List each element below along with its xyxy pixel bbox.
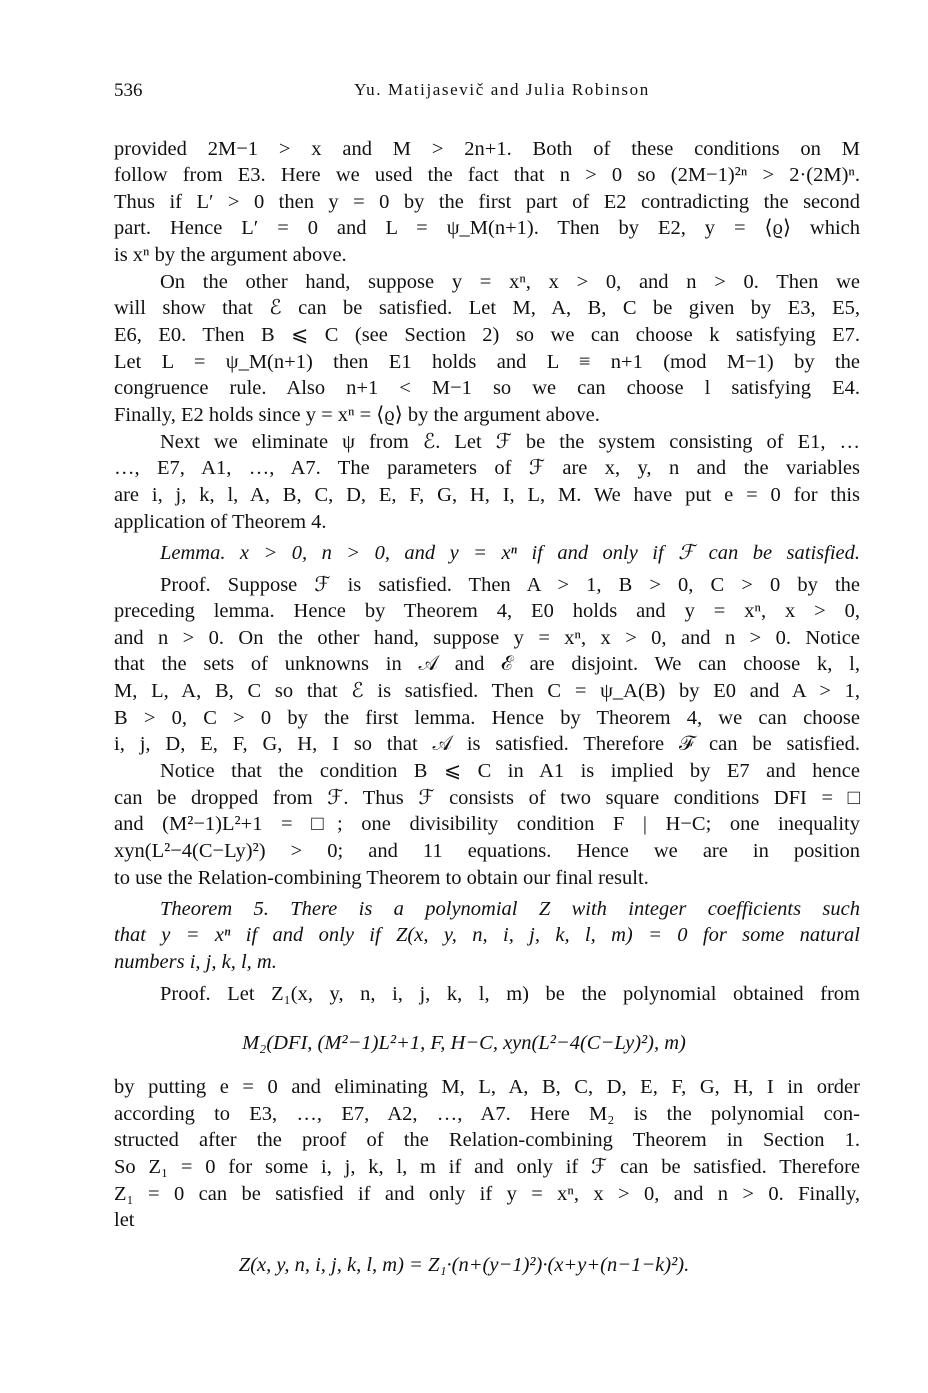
running-header: 536 Yu. Matijasevič and Julia Robinson xyxy=(114,80,860,106)
text-line: Proof. Let Z₁(x, y, n, i, j, k, l, m) be… xyxy=(160,981,860,1007)
text-line: by putting e = 0 and eliminating M, L, A… xyxy=(114,1074,860,1100)
text-line: part. Hence L′ = 0 and L = ψ_M(n+1). The… xyxy=(114,215,860,241)
theorem-statement: numbers i, j, k, l, m. xyxy=(114,949,860,975)
text-line: application of Theorem 4. xyxy=(114,509,860,535)
text-line: So Z₁ = 0 for some i, j, k, l, m if and … xyxy=(114,1154,860,1180)
text-line: Let L = ψ_M(n+1) then E1 holds and L ≡ n… xyxy=(114,349,860,375)
text-line: and n > 0. On the other hand, suppose y … xyxy=(114,625,860,651)
text-line: preceding lemma. Hence by Theorem 4, E0 … xyxy=(114,598,860,624)
text-line: structed after the proof of the Relation… xyxy=(114,1127,860,1153)
lemma-statement: Lemma. x > 0, n > 0, and y = xⁿ if and o… xyxy=(160,540,860,566)
text-line: B > 0, C > 0 by the first lemma. Hence b… xyxy=(114,705,860,731)
running-title: Yu. Matijasevič and Julia Robinson xyxy=(114,80,860,100)
text-line: and (M²−1)L²+1 = □; one divisibility con… xyxy=(114,811,860,837)
text-line: Thus if L′ > 0 then y = 0 by the first p… xyxy=(114,189,860,215)
text-line: congruence rule. Also n+1 < M−1 so we ca… xyxy=(114,375,860,401)
display-formula-z: Z(x, y, n, i, j, k, l, m) = Z₁·(n+(y−1)²… xyxy=(0,1251,928,1279)
text-line: is xⁿ by the argument above. xyxy=(114,242,860,268)
text-line: Z₁ = 0 can be satisfied if and only if y… xyxy=(114,1181,860,1207)
theorem-statement: that y = xⁿ if and only if Z(x, y, n, i,… xyxy=(114,922,860,948)
text-line: follow from E3. Here we used the fact th… xyxy=(114,162,860,188)
text-line: are i, j, k, l, A, B, C, D, E, F, G, H, … xyxy=(114,482,860,508)
text-line: On the other hand, suppose y = xⁿ, x > 0… xyxy=(160,269,860,295)
text-line: will show that ℰ can be satisfied. Let M… xyxy=(114,295,860,321)
text-line: to use the Relation-combining Theorem to… xyxy=(114,865,860,891)
text-line: according to E3, …, E7, A2, …, A7. Here … xyxy=(114,1101,860,1127)
text-line: let xyxy=(114,1207,860,1233)
display-formula-m2: M₂(DFI, (M²−1)L²+1, F, H−C, xyn(L²−4(C−L… xyxy=(0,1029,928,1057)
text-line: xyn(L²−4(C−Ly)²) > 0; and 11 equations. … xyxy=(114,838,860,864)
text-line: M, L, A, B, C so that ℰ is satisfied. Th… xyxy=(114,678,860,704)
text-line: can be dropped from ℱ. Thus ℱ consists o… xyxy=(114,785,860,811)
text-line: provided 2M−1 > x and M > 2n+1. Both of … xyxy=(114,136,860,162)
text-line: E6, E0. Then B ⩽ C (see Section 2) so we… xyxy=(114,322,860,348)
text-line: Notice that the condition B ⩽ C in A1 is… xyxy=(160,758,860,784)
text-line: …, E7, A1, …, A7. The parameters of ℱ ar… xyxy=(114,455,860,481)
text-line: that the sets of unknowns in 𝒜 and ℰ are… xyxy=(114,651,860,677)
text-line: Next we eliminate ψ from ℰ. Let ℱ be the… xyxy=(160,429,860,455)
text-line: i, j, D, E, F, G, H, I so that 𝒜 is sati… xyxy=(114,731,860,757)
text-line: Finally, E2 holds since y = xⁿ = ⟨ϱ⟩ by … xyxy=(114,402,860,428)
text-line: Proof. Suppose ℱ is satisfied. Then A > … xyxy=(160,572,860,598)
theorem-statement: Theorem 5. There is a polynomial Z with … xyxy=(160,896,860,922)
